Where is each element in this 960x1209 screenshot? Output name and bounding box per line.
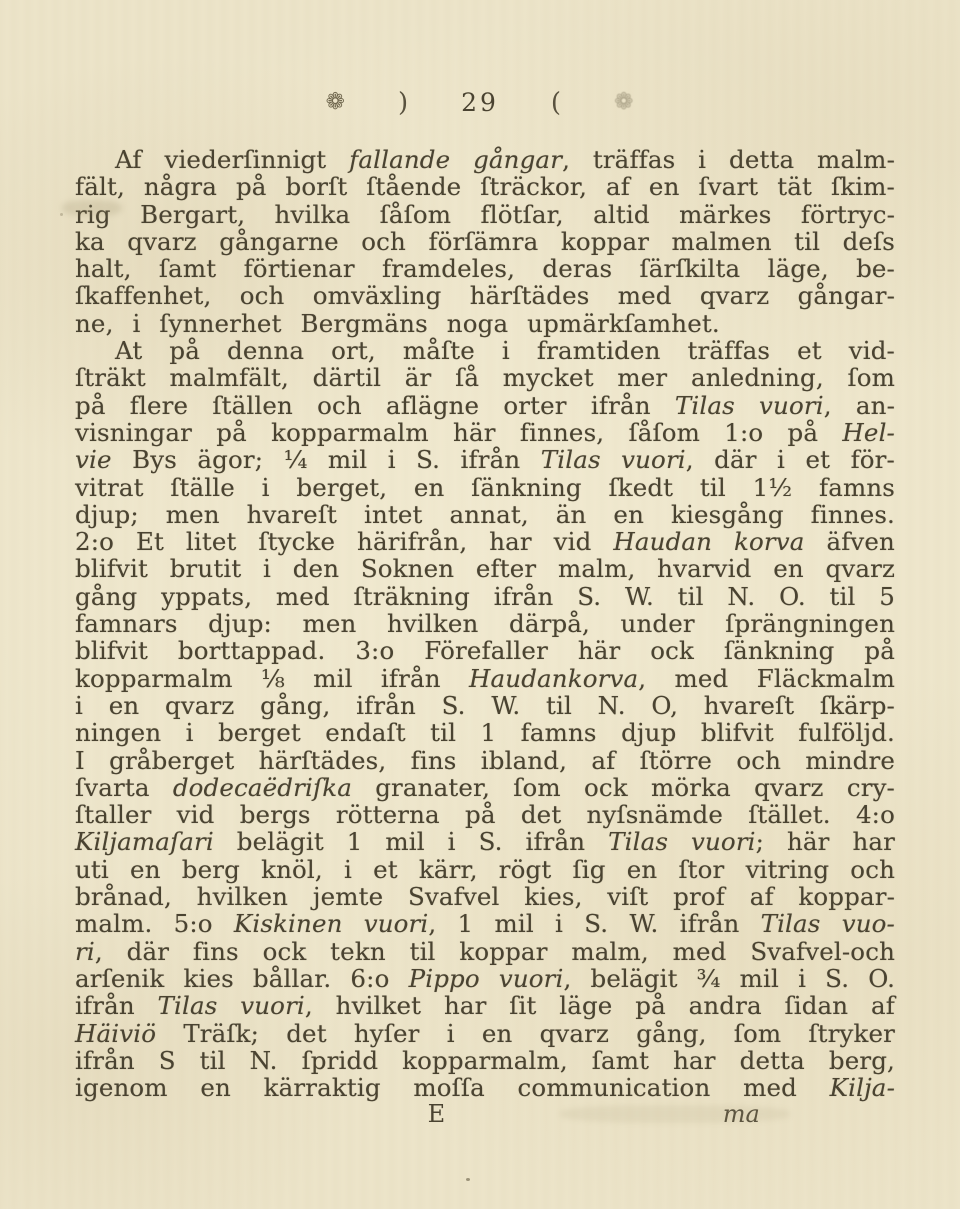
text-line: Af viederſinnigt fallande gångar, träffa… <box>75 146 895 173</box>
page-header: ❁ ) 29 ( ❁ <box>70 88 890 118</box>
text-line: uti en berg knöl, i et kärr, rögt ſig en… <box>75 856 895 883</box>
text-line: Kiljamaſari belägit 1 mil i S. ifrån Til… <box>75 828 895 855</box>
text-line: ſtaller vid bergs rötterna på det nyſsnä… <box>75 801 895 828</box>
paper-speck <box>60 213 63 216</box>
text-line: gång yppats, med ſträkning ifrån S. W. t… <box>75 583 895 610</box>
text-line: blifvit borttappad. 3:o Förefaller här o… <box>75 637 895 664</box>
text-line: vitrat ſtälle i berget, en ſänkning ſked… <box>75 474 895 501</box>
printer-flower-ornament-icon: ❁ <box>326 89 346 115</box>
text-line: famnars djup: men hvilken därpå, under ſ… <box>75 610 895 637</box>
text-line: ſträkt malmfält, därtil är ſå mycket mer… <box>75 364 895 391</box>
header-bracket-left: ) <box>398 88 409 118</box>
text-line: ne, i ſynnerhet Bergmäns noga upmärkſamh… <box>75 310 895 337</box>
printer-flower-ornament-icon: ❁ <box>614 89 634 115</box>
text-line: ka qvarz gångarne och förſämra koppar ma… <box>75 228 895 255</box>
text-line: brånad, hvilken jemte Svafvel kies, viſt… <box>75 883 895 910</box>
text-line: visningar på kopparmalm här finnes, ſåſo… <box>75 419 895 446</box>
show-through-smudge <box>62 200 122 216</box>
text-line: Häiviö Träſk; det hyſer i en qvarz gång,… <box>75 1020 895 1047</box>
text-line: I gråberget härſtädes, fins ibland, af ſ… <box>75 747 895 774</box>
text-line: At på denna ort, måſte i framtiden träff… <box>75 337 895 364</box>
text-line: kopparmalm ⅛ mil ifrån Haudankorva, med … <box>75 665 895 692</box>
text-line: ifrån Tilas vuori, hvilket har ſit läge … <box>75 992 895 1019</box>
text-line: ifrån S til N. ſpridd kopparmalm, ſamt h… <box>75 1047 895 1074</box>
header-bracket-right: ( <box>551 88 562 118</box>
text-line: på flere ſtällen och aflägne orter ifrån… <box>75 392 895 419</box>
text-line: rig Bergart, hvilka ſåſom flötſar, altid… <box>75 201 895 228</box>
show-through-smudge <box>560 1105 790 1123</box>
signature-mark: E <box>428 1100 446 1128</box>
text-line: arſenik kies bållar. 6:o Pippo vuori, be… <box>75 965 895 992</box>
text-line: i en qvarz gång, ifrån S. W. til N. O, h… <box>75 692 895 719</box>
text-line: vie Bys ägor; ¼ mil i S. ifrån Tilas vuo… <box>75 446 895 473</box>
text-line: igenom en kärraktig moſſa communication … <box>75 1074 895 1101</box>
text-line: ri, där fins ock tekn til koppar malm, m… <box>75 938 895 965</box>
text-line: fält, några på borſt ſtående ſträckor, a… <box>75 173 895 200</box>
paper-speck <box>466 1178 470 1181</box>
text-line: djup; men hvareſt intet annat, än en kie… <box>75 501 895 528</box>
text-line: ſkaffenhet, och omväxling härſtädes med … <box>75 282 895 309</box>
page-number: 29 <box>461 88 499 117</box>
text-line: malm. 5:o Kiskinen vuori, 1 mil i S. W. … <box>75 910 895 937</box>
text-line: halt, ſamt förtienar framdeles, deras ſä… <box>75 255 895 282</box>
text-line: blifvit brutit i den Soknen efter malm, … <box>75 555 895 582</box>
body-text: Af viederſinnigt fallande gångar, träffa… <box>75 146 895 1101</box>
text-line: ſvarta dodecaëdriſka granater, ſom ock m… <box>75 774 895 801</box>
text-line: 2:o Et litet ſtycke härifrån, har vid Ha… <box>75 528 895 555</box>
text-line: ningen i berget endaſt til 1 famns djup … <box>75 719 895 746</box>
book-page: ❁ ) 29 ( ❁ Af viederſinnigt fallande gån… <box>0 0 960 1209</box>
